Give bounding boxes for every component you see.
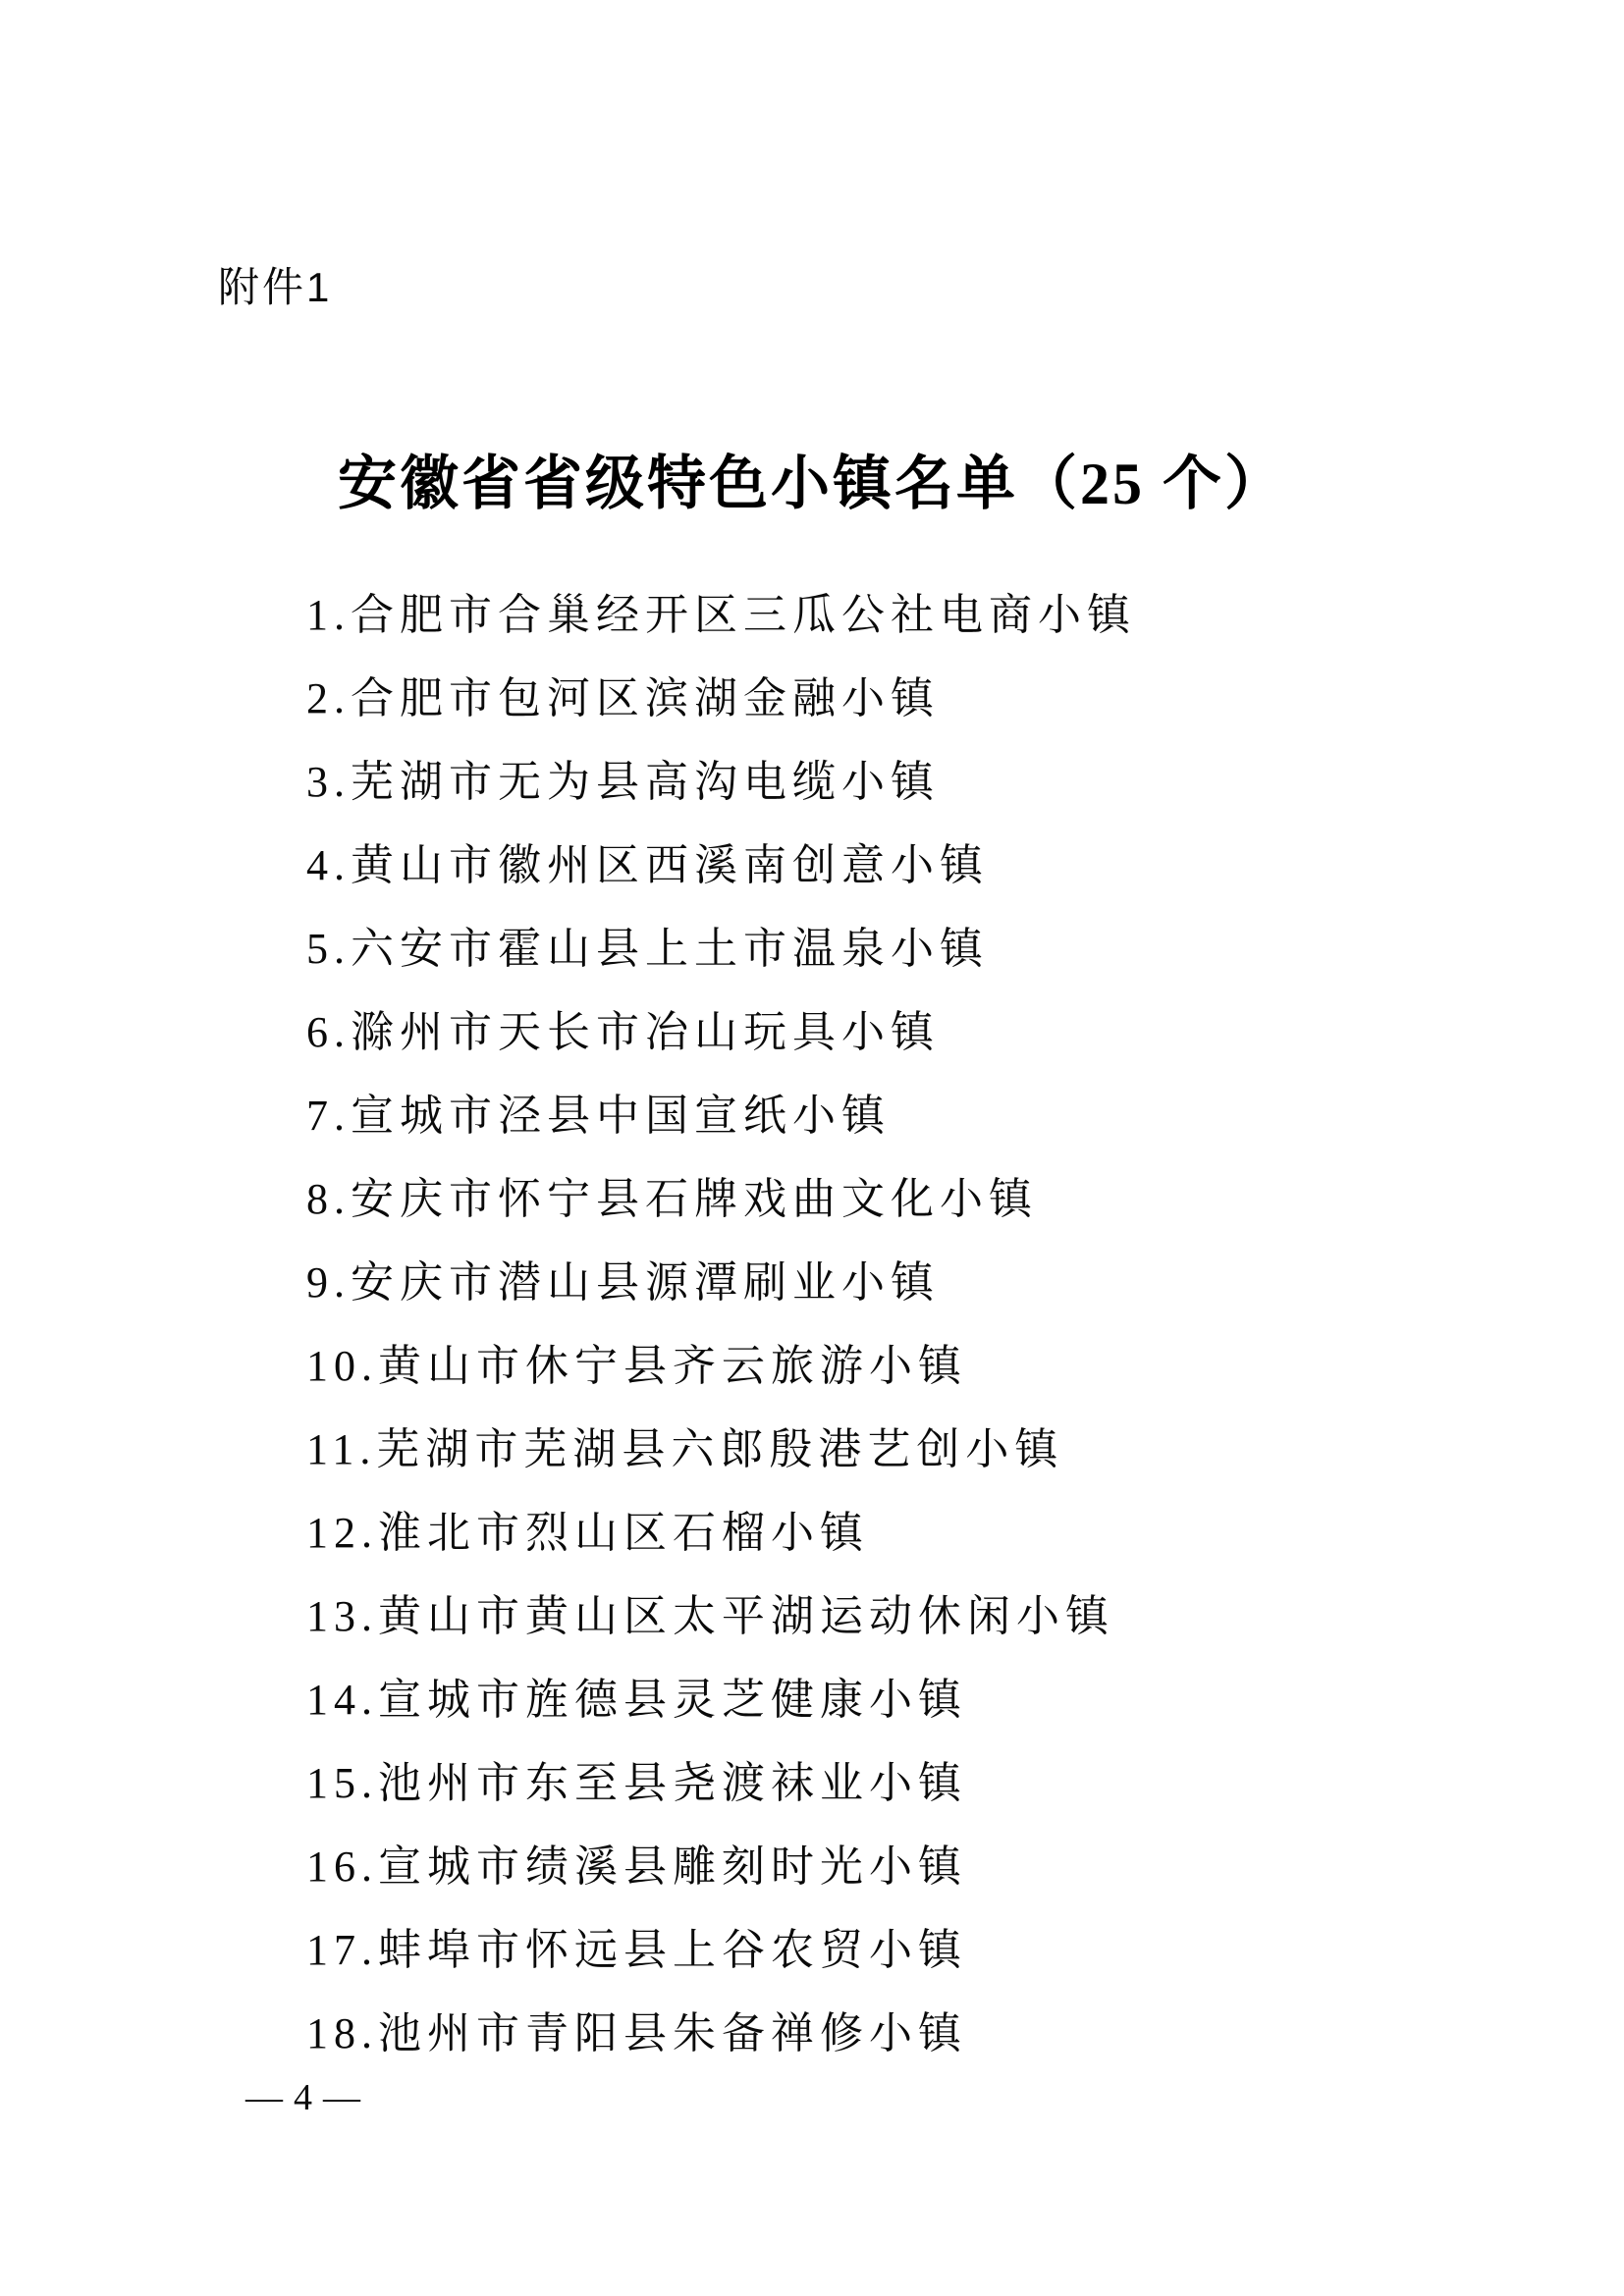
footer-left-dash: — bbox=[245, 2077, 283, 2118]
footer-right-dash: — bbox=[323, 2077, 360, 2118]
document-page: 附件1 安徽省省级特色小镇名单（25 个） 1.合肥市合巢经开区三瓜公社电商小镇… bbox=[0, 0, 1624, 2296]
list-item: 4.黄山市徽州区西溪南创意小镇 bbox=[306, 824, 1565, 907]
page-title: 安徽省省级特色小镇名单（25 个） bbox=[0, 452, 1624, 516]
list-item: 11.芜湖市芜湖县六郎殷港艺创小镇 bbox=[306, 1408, 1565, 1491]
list-item: 16.宣城市绩溪县雕刻时光小镇 bbox=[306, 1825, 1565, 1908]
list-item: 6.滁州市天长市冶山玩具小镇 bbox=[306, 990, 1565, 1074]
list-item: 13.黄山市黄山区太平湖运动休闲小镇 bbox=[306, 1575, 1565, 1658]
page-footer: —4— bbox=[245, 2079, 360, 2116]
list-item: 5.六安市霍山县上土市温泉小镇 bbox=[306, 907, 1565, 990]
attachment-label: 附件1 bbox=[218, 267, 332, 308]
list-item: 9.安庆市潜山县源潭刷业小镇 bbox=[306, 1241, 1565, 1324]
town-list: 1.合肥市合巢经开区三瓜公社电商小镇2.合肥市包河区滨湖金融小镇3.芜湖市无为县… bbox=[306, 573, 1565, 2075]
list-item: 3.芜湖市无为县高沟电缆小镇 bbox=[306, 740, 1565, 824]
list-item: 18.池州市青阳县朱备禅修小镇 bbox=[306, 1992, 1565, 2075]
list-item: 10.黄山市休宁县齐云旅游小镇 bbox=[306, 1324, 1565, 1408]
list-item: 14.宣城市旌德县灵芝健康小镇 bbox=[306, 1658, 1565, 1741]
list-item: 15.池州市东至县尧渡袜业小镇 bbox=[306, 1741, 1565, 1825]
list-item: 17.蚌埠市怀远县上谷农贸小镇 bbox=[306, 1908, 1565, 1992]
list-item: 8.安庆市怀宁县石牌戏曲文化小镇 bbox=[306, 1157, 1565, 1241]
list-item: 7.宣城市泾县中国宣纸小镇 bbox=[306, 1074, 1565, 1157]
list-item: 1.合肥市合巢经开区三瓜公社电商小镇 bbox=[306, 573, 1565, 657]
list-item: 12.淮北市烈山区石榴小镇 bbox=[306, 1491, 1565, 1575]
list-item: 2.合肥市包河区滨湖金融小镇 bbox=[306, 657, 1565, 740]
footer-page-number: 4 bbox=[294, 2079, 312, 2116]
